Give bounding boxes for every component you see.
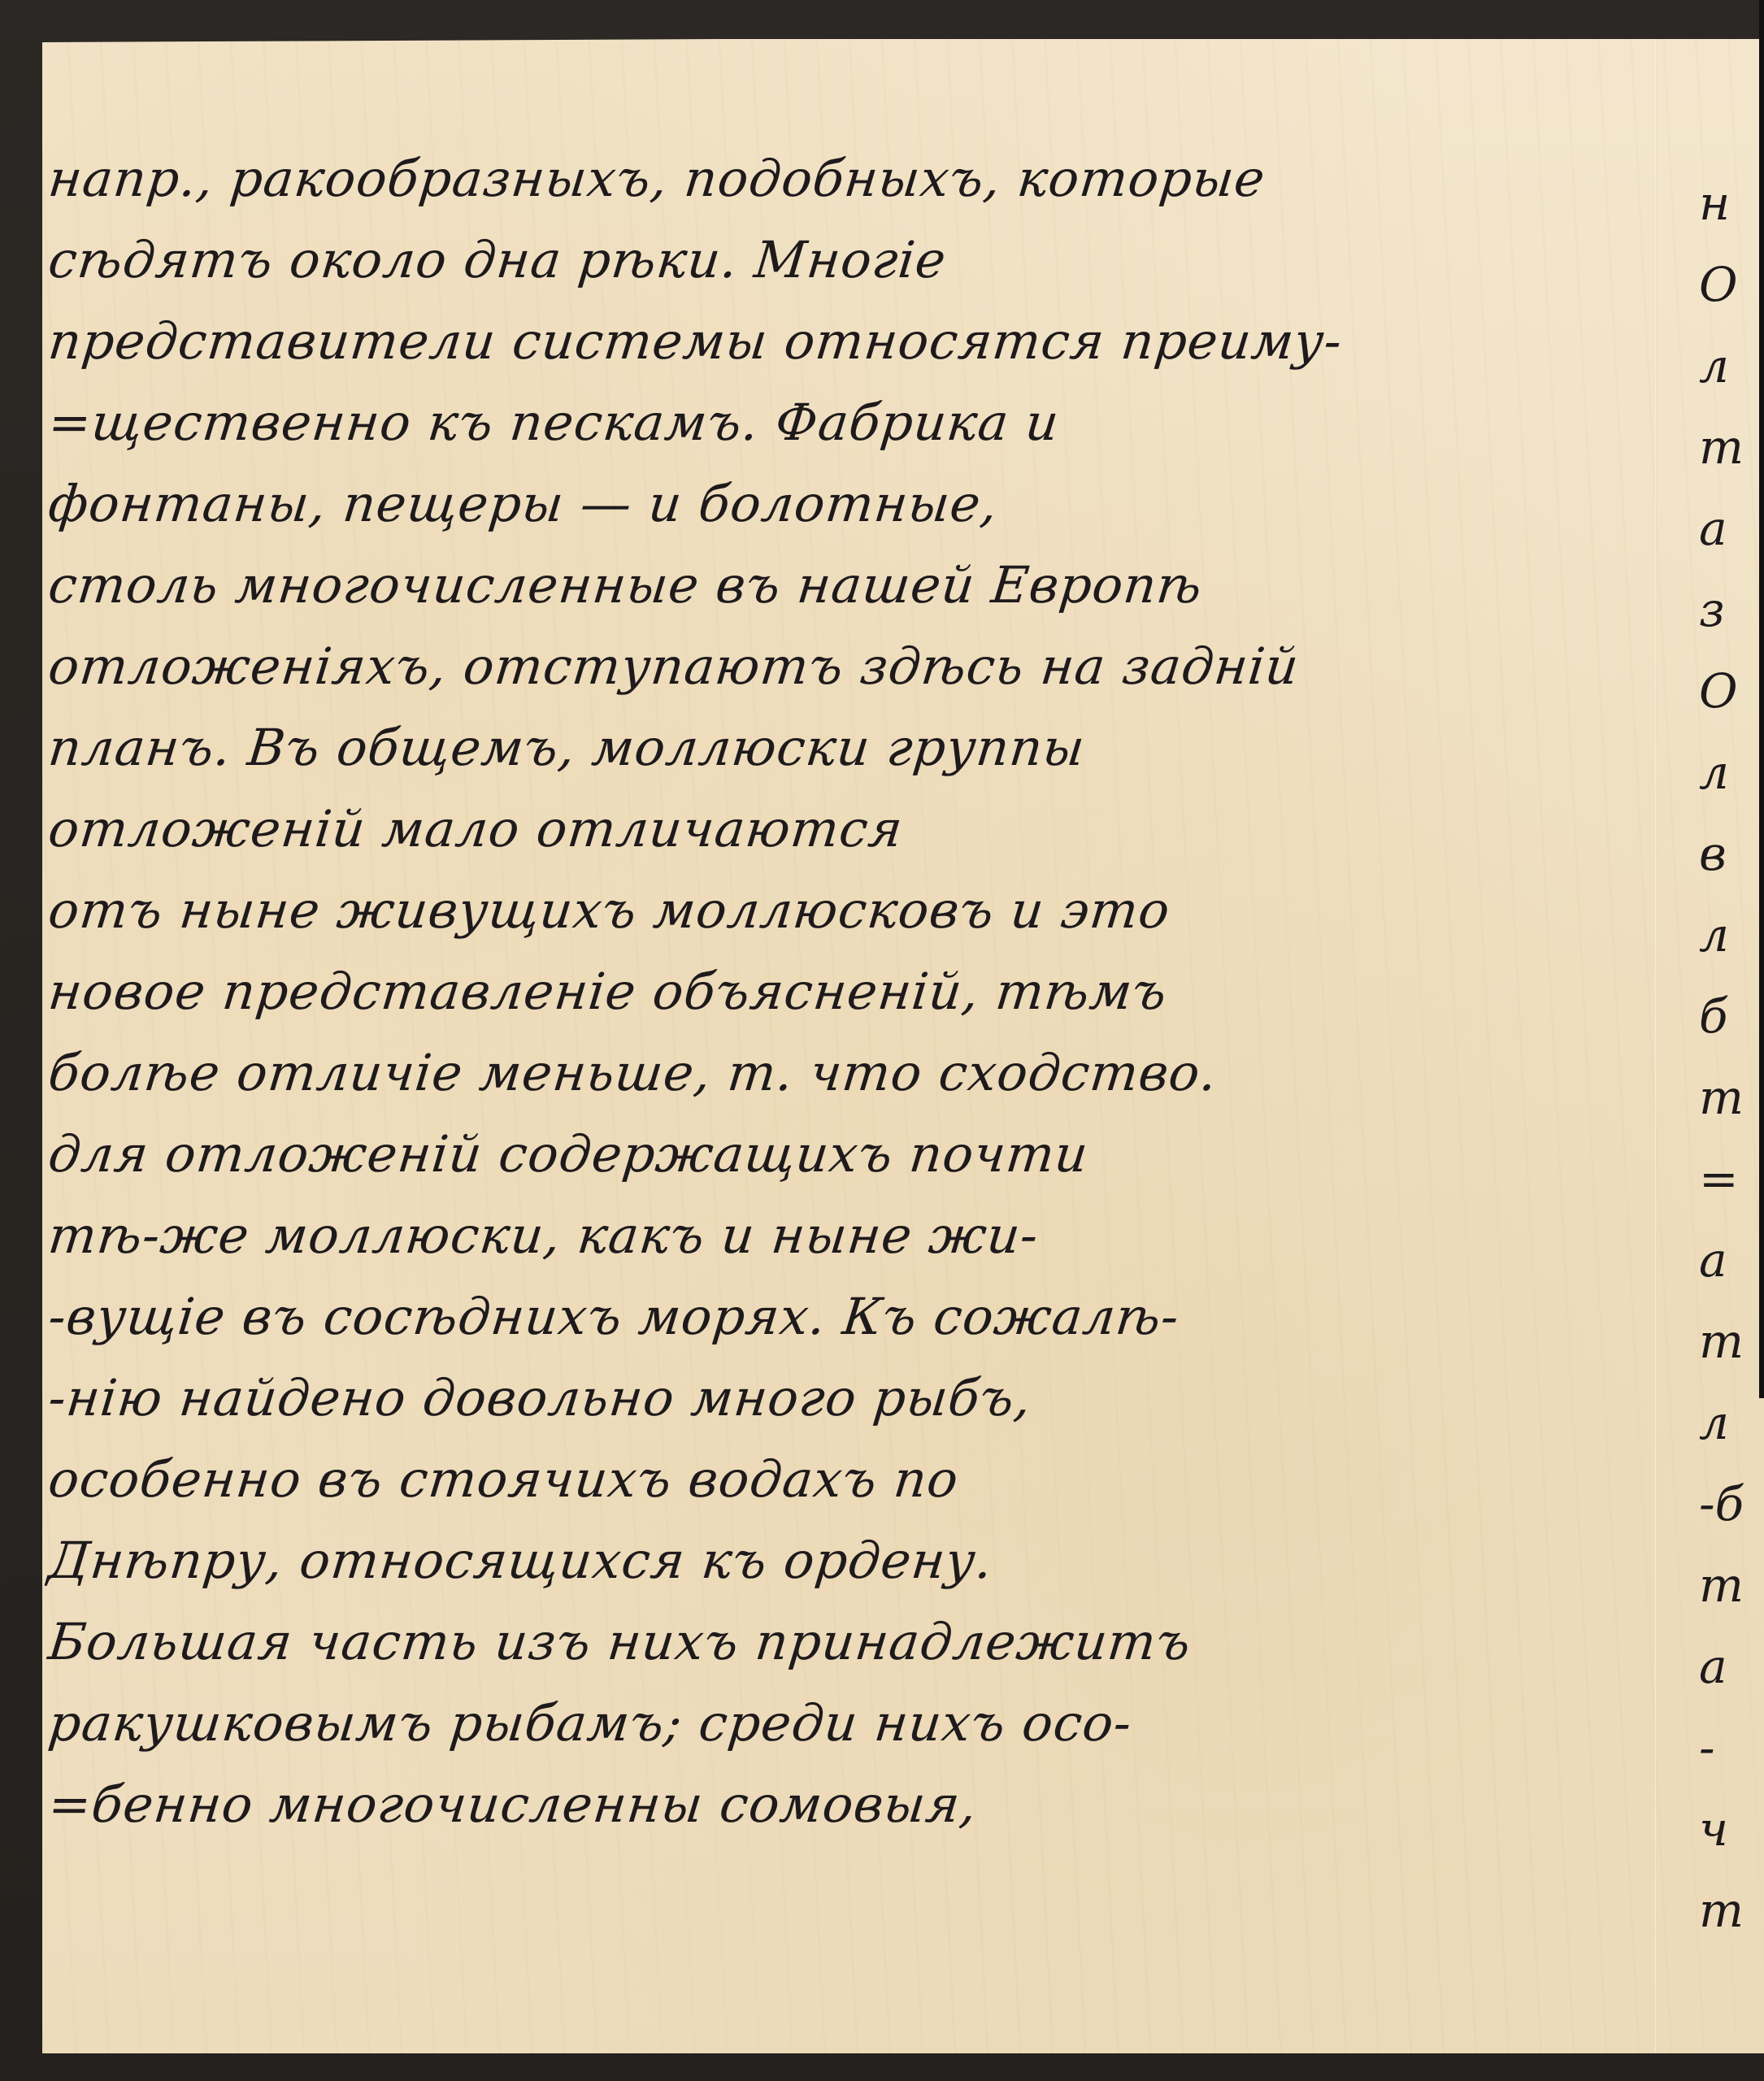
manuscript-line: для отложеній содержащихъ почти [45,1114,1598,1195]
adjacent-line-fragment: т [1699,1870,1764,1951]
manuscript-line: отложеній мало отличаются [45,789,1598,870]
manuscript-line: ракушковымъ рыбамъ; среди нихъ осо- [45,1683,1598,1764]
manuscript-line: тѣ-же моллюски, какъ и ныне жи- [45,1195,1598,1276]
adjacent-line-fragment: О [1699,244,1764,325]
adjacent-line-fragment: а [1699,488,1764,569]
manuscript-line: -вущіе въ сосѣднихъ морях. Къ сожалѣ- [45,1276,1598,1358]
manuscript-line: напр., ракообразныхъ, подобныхъ, которые [45,138,1598,219]
manuscript-line: планъ. Въ общемъ, моллюски группы [45,707,1598,789]
adjacent-line-fragment: в [1699,813,1764,894]
adjacent-line-fragment: л [1699,1382,1764,1463]
adjacent-line-fragment: л [1699,325,1764,406]
adjacent-line-fragment: = [1699,1138,1764,1219]
adjacent-line-fragment: т [1699,406,1764,488]
adjacent-line-fragment: т [1699,1301,1764,1382]
manuscript-line: Днѣпру, относящихся къ ордену. [45,1520,1598,1601]
adjacent-line-fragment: ч [1699,1788,1764,1870]
adjacent-line-fragment: -б [1699,1463,1764,1544]
adjacent-line-fragment: т [1699,1057,1764,1138]
adjacent-page-fragment: н О л т а з О л в л б т = а т л -б т а -… [1699,163,1764,1951]
manuscript-line: =щественно къ пескамъ. Фабрика и [45,382,1598,463]
adjacent-line-fragment: т [1699,1544,1764,1626]
manuscript-line: фонтаны, пещеры — и болотные, [45,463,1598,545]
adjacent-line-fragment: а [1699,1219,1764,1301]
adjacent-line-fragment: О [1699,650,1764,732]
manuscript-line: столь многочисленные въ нашей Европѣ [45,545,1598,626]
manuscript-line: -нію найдено довольно много рыбъ, [45,1358,1598,1439]
adjacent-line-fragment: б [1699,975,1764,1057]
adjacent-line-fragment: а [1699,1626,1764,1707]
top-dark-margin [0,0,1764,39]
manuscript-line: болѣе отличіе меньше, т. что сходство. [45,1032,1598,1114]
bottom-dark-margin [0,2053,1764,2081]
right-dark-edge [1759,0,1764,1398]
page-fold-line [1654,39,1657,2053]
adjacent-line-fragment: л [1699,894,1764,975]
manuscript-line: отъ ныне живущихъ моллюсковъ и это [45,870,1598,951]
adjacent-line-fragment: л [1699,732,1764,813]
manuscript-line: новое представленіе объясненій, тѣмъ [45,951,1598,1032]
manuscript-line: сѣдятъ около дна рѣки. Многіе [45,219,1598,301]
adjacent-line-fragment: - [1699,1707,1764,1788]
manuscript-line: отложеніяхъ, отступаютъ здѣсь на задній [45,626,1598,707]
manuscript-line: особенно въ стоячихъ водахъ по [45,1439,1598,1520]
manuscript-line: Большая часть изъ нихъ принадлежитъ [45,1601,1598,1683]
adjacent-line-fragment: з [1699,569,1764,650]
manuscript-line: представители системы относятся преиму- [45,301,1598,382]
manuscript-line: =бенно многочисленны сомовыя, [45,1764,1598,1845]
manuscript-text-block: напр., ракообразныхъ, подобныхъ, которые… [49,138,1593,1845]
adjacent-line-fragment: н [1699,163,1764,244]
